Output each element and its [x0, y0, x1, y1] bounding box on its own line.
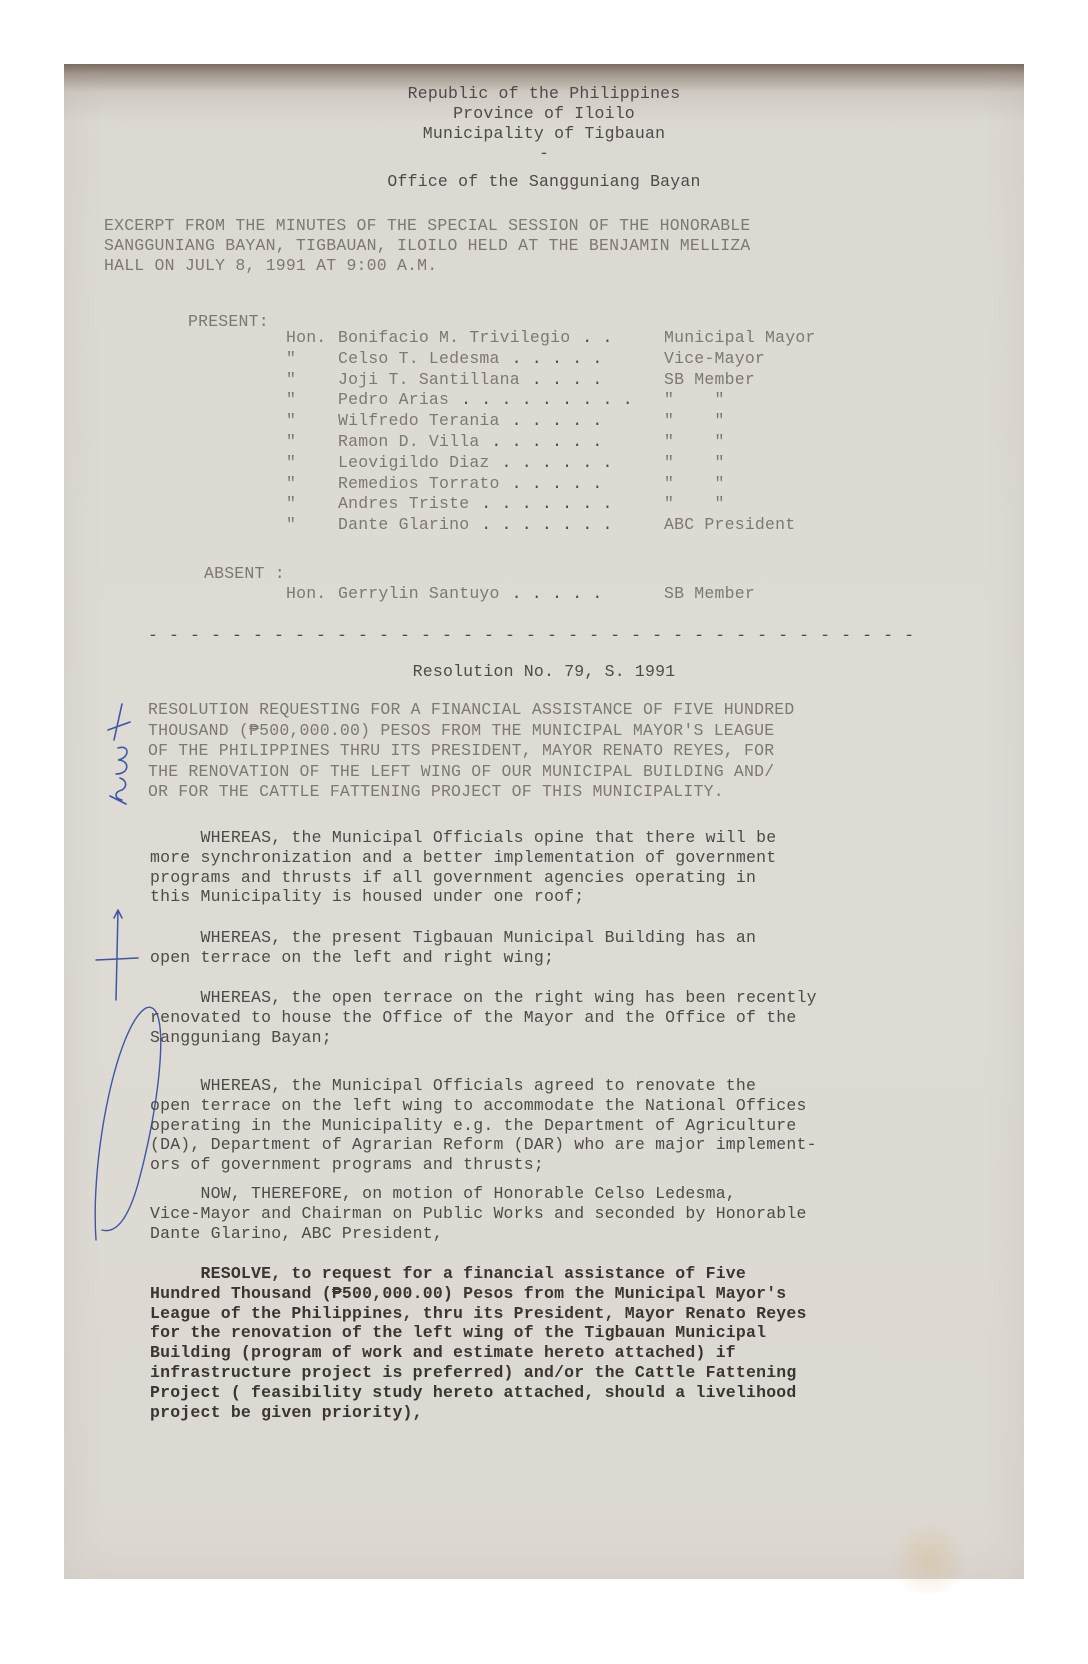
attendee-name: Celso T. Ledesma: [338, 349, 500, 369]
attendee-position: SB Member: [664, 370, 755, 390]
absent-label: ABSENT :: [204, 564, 285, 584]
signature-initials-icon: [100, 700, 140, 810]
attendee-prefix: ": [286, 370, 296, 390]
attendee-prefix: ": [286, 474, 296, 494]
attendee-leader-dots: . . . . . .: [502, 453, 613, 473]
attendee-position: " ": [664, 494, 725, 514]
resolution-paragraph-line: Building (program of work and estimate h…: [150, 1343, 736, 1363]
attendee-leader-dots: . . . . . . .: [481, 515, 612, 535]
attendee-name: Remedios Torrato: [338, 474, 500, 494]
excerpt-line-2: SANGGUNIANG BAYAN, TIGBAUAN, ILOILO HELD…: [104, 236, 751, 256]
header-province: Province of Iloilo: [64, 104, 1024, 124]
resolution-title-line: THOUSAND (₱500,000.00) PESOS FROM THE MU…: [148, 721, 774, 741]
attendee-prefix: Hon.: [286, 584, 326, 604]
header-municipality: Municipality of Tigbauan: [64, 124, 1024, 144]
resolution-paragraph-line: Project ( feasibility study hereto attac…: [150, 1383, 797, 1403]
resolution-title-line: THE RENOVATION OF THE LEFT WING OF OUR M…: [148, 762, 774, 782]
attendee-prefix: ": [286, 432, 296, 452]
attendee-name: Ramon D. Villa: [338, 432, 479, 452]
attendee-leader-dots: . . . .: [532, 370, 603, 390]
resolution-paragraph-line: WHEREAS, the open terrace on the right w…: [150, 988, 817, 1008]
resolution-paragraph-line: programs and thrusts if all government a…: [150, 868, 756, 888]
attendee-name: Leovigildo Diaz: [338, 453, 490, 473]
attendee-position: " ": [664, 474, 725, 494]
attendee-leader-dots: . .: [582, 328, 612, 348]
resolution-paragraph-line: operating in the Municipality e.g. the D…: [150, 1116, 797, 1136]
resolution-paragraph-line: League of the Philippines, thru its Pres…: [150, 1304, 807, 1324]
resolution-paragraph-line: Sangguniang Bayan;: [150, 1028, 332, 1048]
attendee-name: Pedro Arias: [338, 390, 449, 410]
attendee-name: Gerrylin Santuyo: [338, 584, 500, 604]
attendee-name: Wilfredo Terania: [338, 411, 500, 431]
attendee-name: Dante Glarino: [338, 515, 469, 535]
attendee-position: Municipal Mayor: [664, 328, 816, 348]
excerpt-line-1: EXCERPT FROM THE MINUTES OF THE SPECIAL …: [104, 216, 751, 236]
resolution-paragraph-line: Vice-Mayor and Chairman on Public Works …: [150, 1204, 807, 1224]
resolution-paragraph-line: open terrace on the left and right wing;: [150, 948, 554, 968]
resolution-number: Resolution No. 79, S. 1991: [64, 662, 1024, 682]
resolution-paragraph-line: Hundred Thousand (₱500,000.00) Pesos fro…: [150, 1284, 786, 1304]
attendee-position: " ": [664, 390, 725, 410]
attendee-leader-dots: . . . . .: [512, 584, 603, 604]
attendee-prefix: ": [286, 453, 296, 473]
attendee-leader-dots: . . . . .: [512, 474, 603, 494]
resolution-paragraph-line: renovated to house the Office of the May…: [150, 1008, 797, 1028]
resolution-paragraph-line: (DA), Department of Agrarian Reform (DAR…: [150, 1135, 817, 1155]
document-page: Republic of the Philippines Province of …: [64, 64, 1024, 1579]
margin-cross-icon: [94, 904, 154, 1004]
resolution-paragraph-line: project be given priority),: [150, 1403, 423, 1423]
attendee-position: " ": [664, 432, 725, 452]
attendee-leader-dots: . . . . .: [512, 349, 603, 369]
attendee-prefix: ": [286, 411, 296, 431]
attendee-position: ABC President: [664, 515, 795, 535]
attendee-position: SB Member: [664, 584, 755, 604]
header-office: Office of the Sangguniang Bayan: [64, 172, 1024, 192]
header-republic: Republic of the Philippines: [64, 84, 1024, 104]
present-label: PRESENT:: [188, 312, 269, 332]
resolution-paragraph-line: WHEREAS, the Municipal Officials opine t…: [150, 828, 776, 848]
attendee-prefix: ": [286, 390, 296, 410]
attendee-name: Joji T. Santillana: [338, 370, 520, 390]
attendee-name: Bonifacio M. Trivilegio: [338, 328, 570, 348]
resolution-paragraph-line: more synchronization and a better implem…: [150, 848, 776, 868]
attendee-prefix: ": [286, 494, 296, 514]
resolution-paragraph-line: WHEREAS, the Municipal Officials agreed …: [150, 1076, 756, 1096]
attendee-leader-dots: . . . . . .: [491, 432, 602, 452]
attendee-name: Andres Triste: [338, 494, 469, 514]
attendee-leader-dots: . . . . .: [512, 411, 603, 431]
attendee-prefix: Hon.: [286, 328, 326, 348]
resolution-title-line: OR FOR THE CATTLE FATTENING PROJECT OF T…: [148, 782, 724, 802]
attendee-leader-dots: . . . . . . .: [481, 494, 612, 514]
attendee-position: " ": [664, 411, 725, 431]
resolution-paragraph-line: ors of government programs and thrusts;: [150, 1155, 544, 1175]
resolution-paragraph-line: this Municipality is housed under one ro…: [150, 887, 584, 907]
resolution-paragraph-line: RESOLVE, to request for a financial assi…: [150, 1264, 746, 1284]
resolution-paragraph-line: Dante Glarino, ABC President,: [150, 1224, 443, 1244]
excerpt-line-3: HALL ON JULY 8, 1991 AT 9:00 A.M.: [104, 256, 437, 276]
resolution-paragraph-line: infrastructure project is preferred) and…: [150, 1363, 797, 1383]
resolution-paragraph-line: for the renovation of the left wing of t…: [150, 1323, 766, 1343]
dashed-divider: - - - - - - - - - - - - - - - - - - - - …: [148, 626, 915, 646]
resolution-paragraph-line: open terrace on the left wing to accommo…: [150, 1096, 807, 1116]
attendee-position: " ": [664, 453, 725, 473]
header-separator: -: [64, 144, 1024, 164]
attendee-leader-dots: . . . . . . . . .: [461, 390, 633, 410]
attendee-prefix: ": [286, 349, 296, 369]
resolution-paragraph-line: WHEREAS, the present Tigbauan Municipal …: [150, 928, 756, 948]
resolution-title-line: OF THE PHILIPPINES THRU ITS PRESIDENT, M…: [148, 741, 774, 761]
resolution-title-line: RESOLUTION REQUESTING FOR A FINANCIAL AS…: [148, 700, 795, 720]
resolution-paragraph-line: NOW, THEREFORE, on motion of Honorable C…: [150, 1184, 736, 1204]
paper-stain: [884, 1524, 974, 1594]
attendee-prefix: ": [286, 515, 296, 535]
attendee-position: Vice-Mayor: [664, 349, 765, 369]
